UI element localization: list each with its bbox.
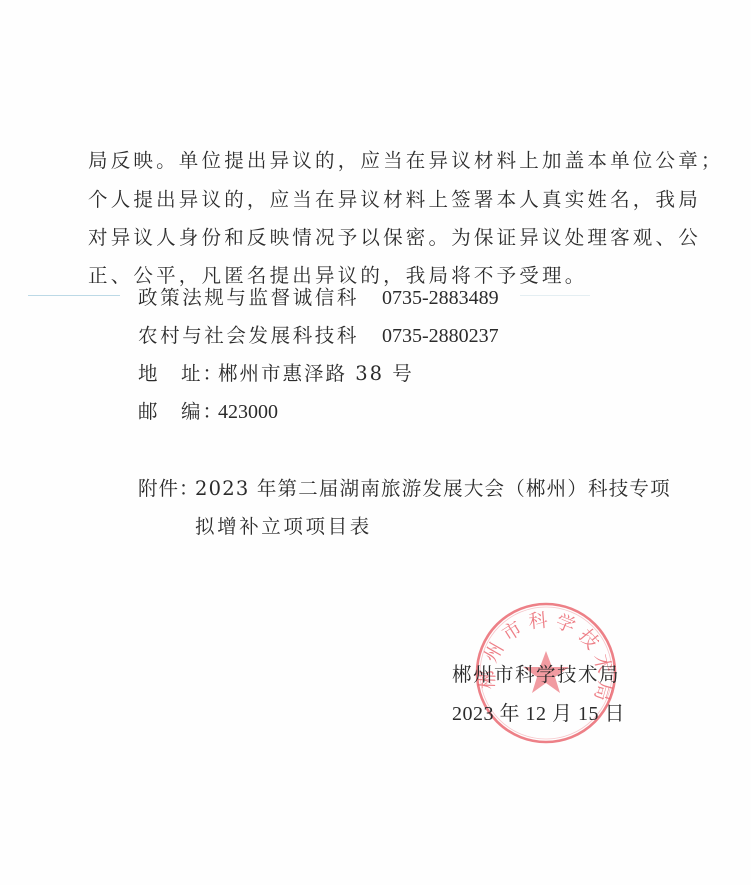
postcode-value: 423000	[218, 399, 278, 425]
body-line-1: 局反映。单位提出异议的，应当在异议材料上加盖本单位公章；	[88, 148, 724, 174]
scan-artifact-line	[28, 295, 120, 296]
signing-organization: 郴州市科学技术局	[452, 662, 620, 688]
body-line-3: 对异议人身份和反映情况予以保密。为保证异议处理客观、公	[88, 225, 701, 251]
contact-phone-2: 0735-2880237	[382, 323, 499, 349]
signing-date: 2023 年 12 月 15 日	[452, 701, 625, 727]
contact-dept-2: 农村与社会发展科技科	[138, 323, 359, 349]
address-value: 郴州市惠泽路 38 号	[218, 361, 414, 387]
attachment-label: 附件：	[138, 476, 200, 502]
contact-dept-1: 政策法规与监督诚信科	[138, 285, 359, 311]
scan-artifact-line-right	[520, 295, 590, 296]
document-page: 局反映。单位提出异议的，应当在异议材料上加盖本单位公章； 个人提出异议的，应当在…	[0, 0, 751, 885]
postcode-label: 邮 编：	[138, 399, 224, 425]
address-label: 地 址：	[138, 361, 224, 387]
contact-phone-1: 0735-2883489	[382, 285, 499, 311]
body-line-2: 个人提出异议的，应当在异议材料上签署本人真实姓名，我局	[88, 187, 701, 213]
attachment-title-line-2: 拟增补立项项目表	[195, 514, 372, 540]
attachment-title-line-1: 2023 年第二届湖南旅游发展大会（郴州）科技专项	[195, 476, 671, 502]
